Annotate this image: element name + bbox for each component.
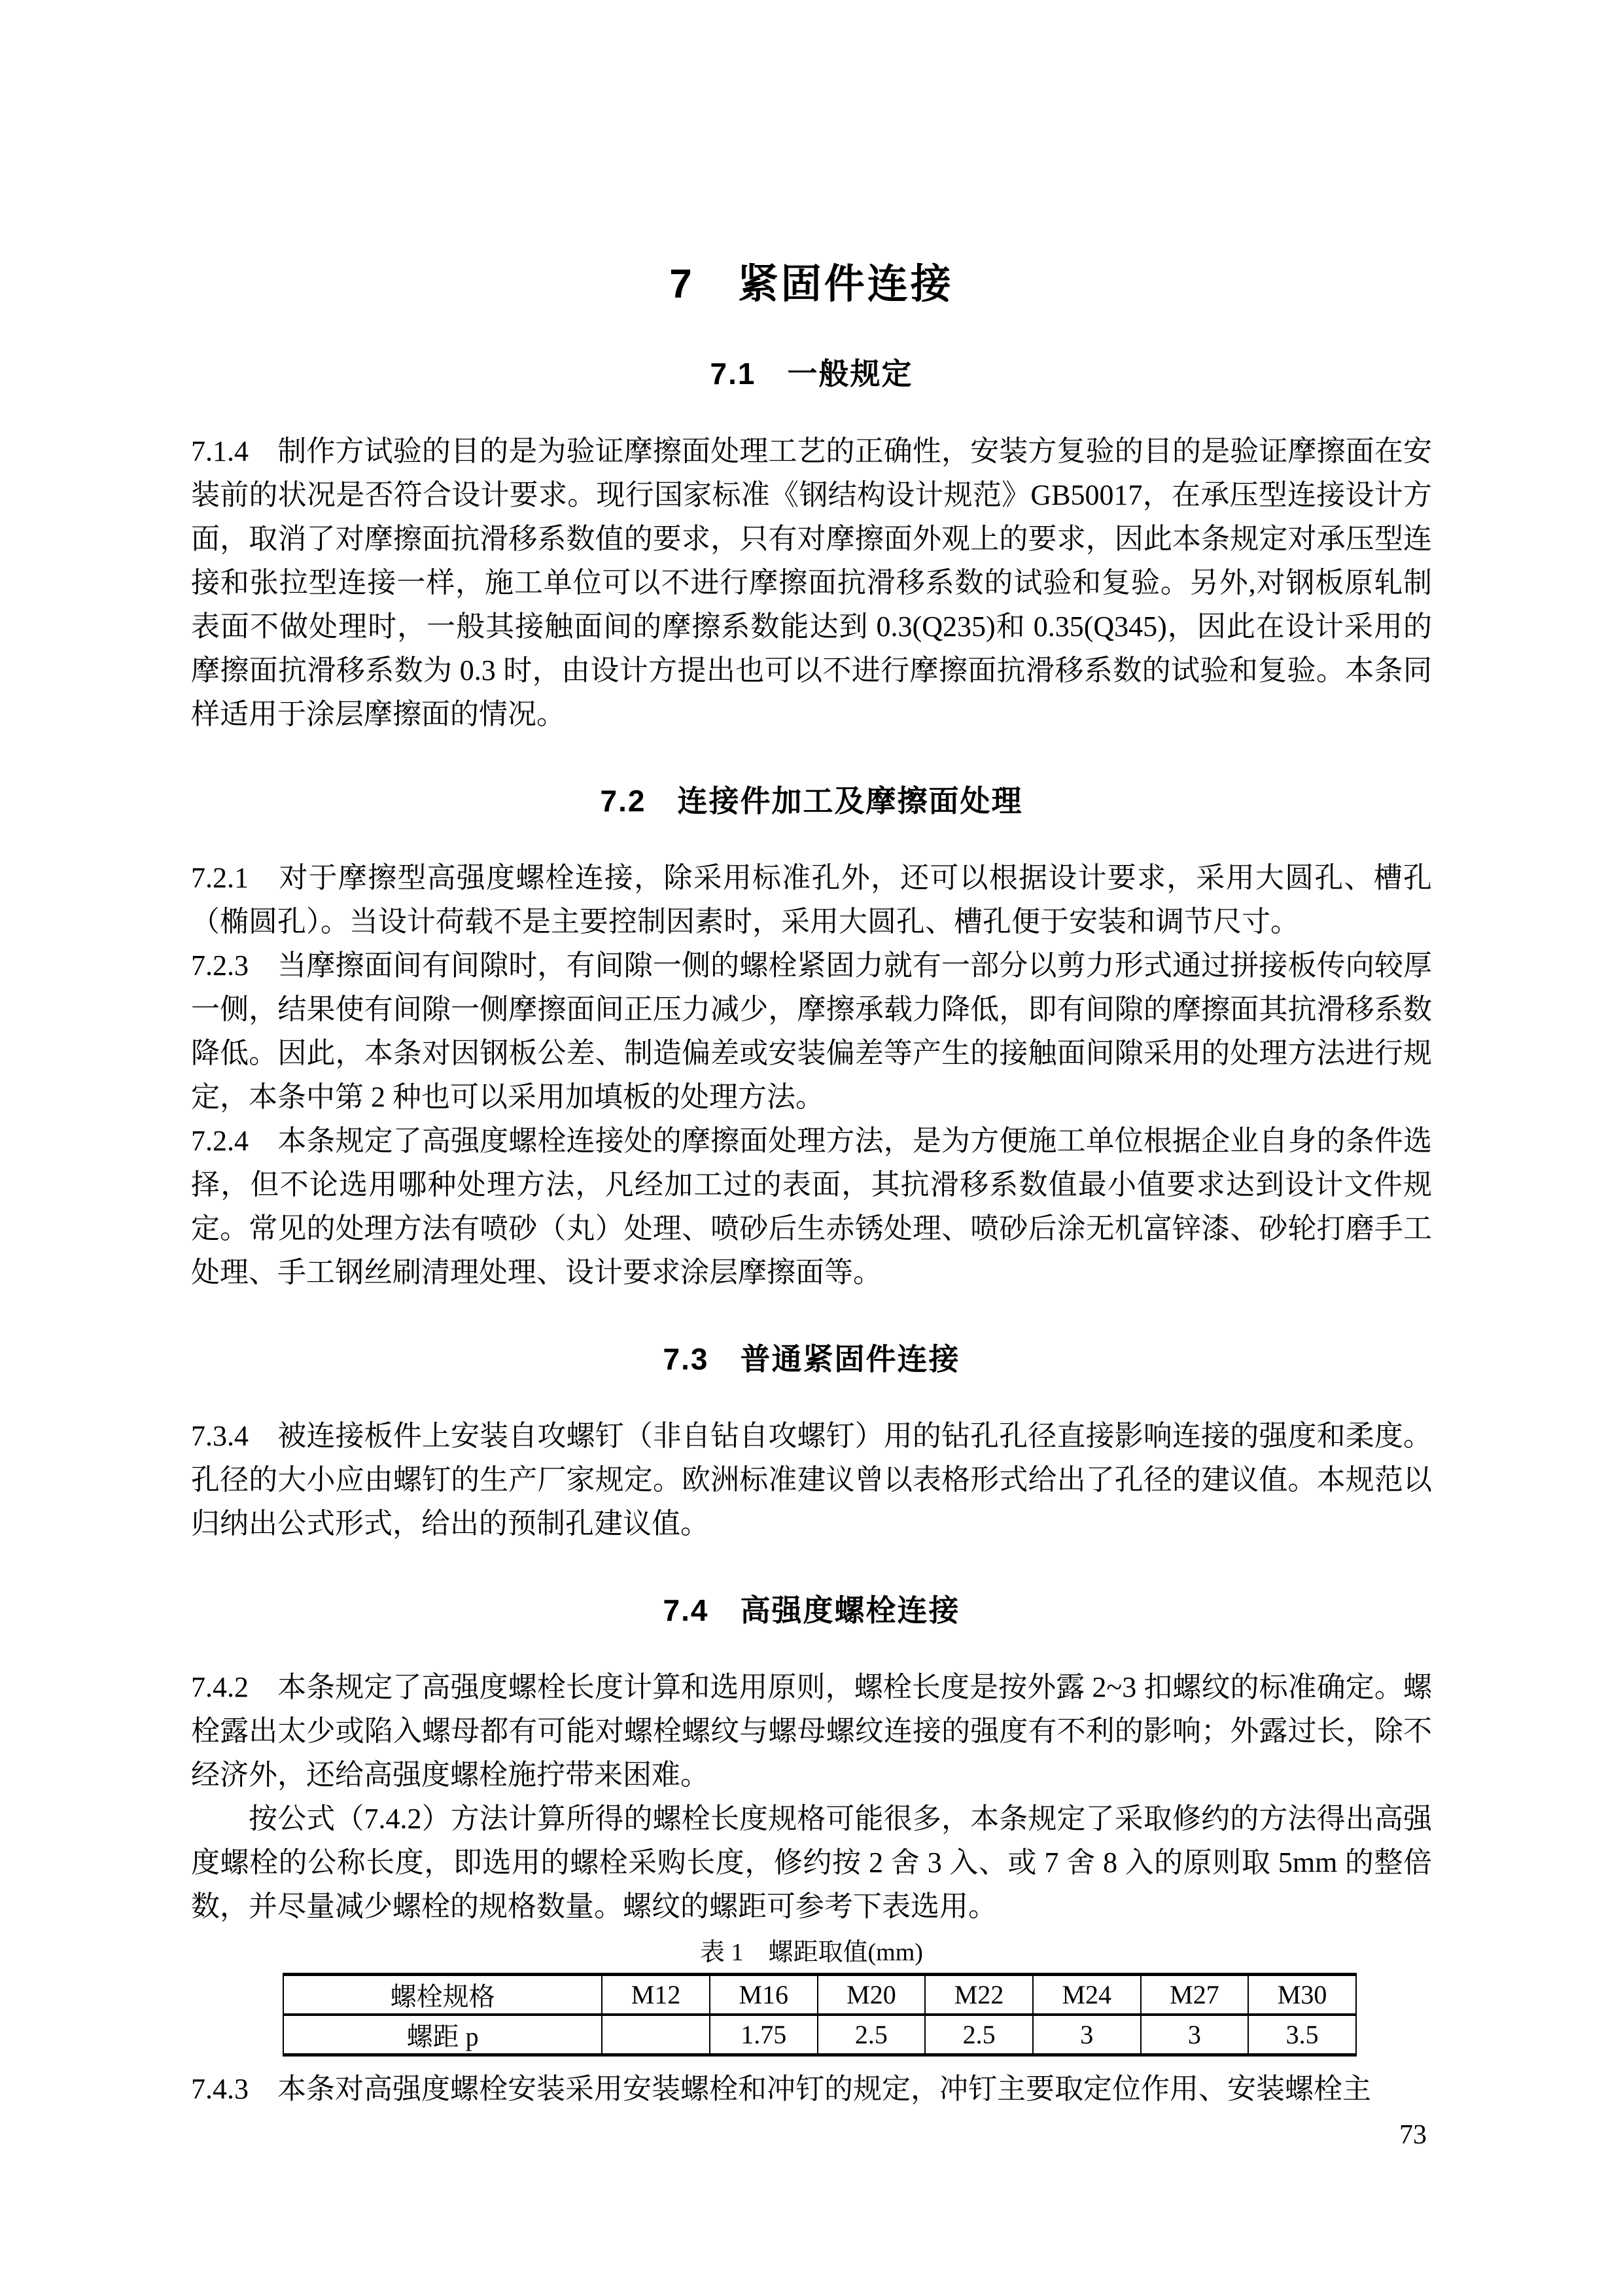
table-cell <box>602 2015 710 2055</box>
table-cell: 螺距 p <box>283 2015 602 2055</box>
section-heading-7-1: 7.1 一般规定 <box>191 356 1432 392</box>
table-cell: 3 <box>1033 2015 1141 2055</box>
table-header-cell: 螺栓规格 <box>283 1974 602 2015</box>
clause-7-1-4: 7.1.4 制作方试验的目的是为验证摩擦面处理工艺的正确性，安装方复验的目的是验… <box>191 429 1432 736</box>
clause-7-3-4: 7.3.4 被连接板件上安装自攻螺钉（非自钻自攻螺钉）用的钻孔孔径直接影响连接的… <box>191 1414 1432 1545</box>
table-header-cell: M20 <box>818 1974 926 2015</box>
table-header-cell: M12 <box>602 1974 710 2015</box>
table-header-cell: M30 <box>1248 1974 1356 2015</box>
pitch-table: 螺栓规格 M12 M16 M20 M22 M24 M27 M30 螺距 p 1.… <box>283 1973 1357 2057</box>
document-page: 7 紧固件连接 7.1 一般规定 7.1.4 制作方试验的目的是为验证摩擦面处理… <box>0 0 1623 2296</box>
table-header-row: 螺栓规格 M12 M16 M20 M22 M24 M27 M30 <box>283 1974 1356 2015</box>
chapter-title: 7 紧固件连接 <box>191 260 1432 309</box>
clause-7-4-2-formula-note: 按公式（7.4.2）方法计算所得的螺栓长度规格可能很多，本条规定了采取修约的方法… <box>191 1797 1432 1928</box>
table-header-cell: M24 <box>1033 1974 1141 2015</box>
table-header-cell: M22 <box>925 1974 1033 2015</box>
clause-7-2-1: 7.2.1 对于摩擦型高强度螺栓连接，除采用标准孔外，还可以根据设计要求，采用大… <box>191 856 1432 944</box>
clause-7-4-3: 7.4.3 本条对高强度螺栓安装采用安装螺栓和冲钉的规定，冲钉主要取定位作用、安… <box>191 2067 1432 2111</box>
table-cell: 3.5 <box>1248 2015 1356 2055</box>
page-number: 73 <box>1399 2119 1427 2151</box>
table-cell: 1.75 <box>710 2015 818 2055</box>
section-heading-7-2: 7.2 连接件加工及摩擦面处理 <box>191 783 1432 819</box>
section-heading-7-3: 7.3 普通紧固件连接 <box>191 1341 1432 1377</box>
table-caption: 表 1 螺距取值(mm) <box>191 1937 1432 1969</box>
table-cell: 2.5 <box>925 2015 1033 2055</box>
clause-7-2-3: 7.2.3 当摩擦面间有间隙时，有间隙一侧的螺栓紧固力就有一部分以剪力形式通过拼… <box>191 944 1432 1119</box>
table-cell: 2.5 <box>818 2015 926 2055</box>
clause-7-4-2: 7.4.2 本条规定了高强度螺栓长度计算和选用原则，螺栓长度是按外露 2~3 扣… <box>191 1665 1432 1797</box>
table-data-row: 螺距 p 1.75 2.5 2.5 3 3 3.5 <box>283 2015 1356 2055</box>
section-heading-7-4: 7.4 高强度螺栓连接 <box>191 1593 1432 1629</box>
table-header-cell: M16 <box>710 1974 818 2015</box>
table-cell: 3 <box>1141 2015 1249 2055</box>
table-header-cell: M27 <box>1141 1974 1249 2015</box>
clause-7-2-4: 7.2.4 本条规定了高强度螺栓连接处的摩擦面处理方法，是为方便施工单位根据企业… <box>191 1119 1432 1294</box>
